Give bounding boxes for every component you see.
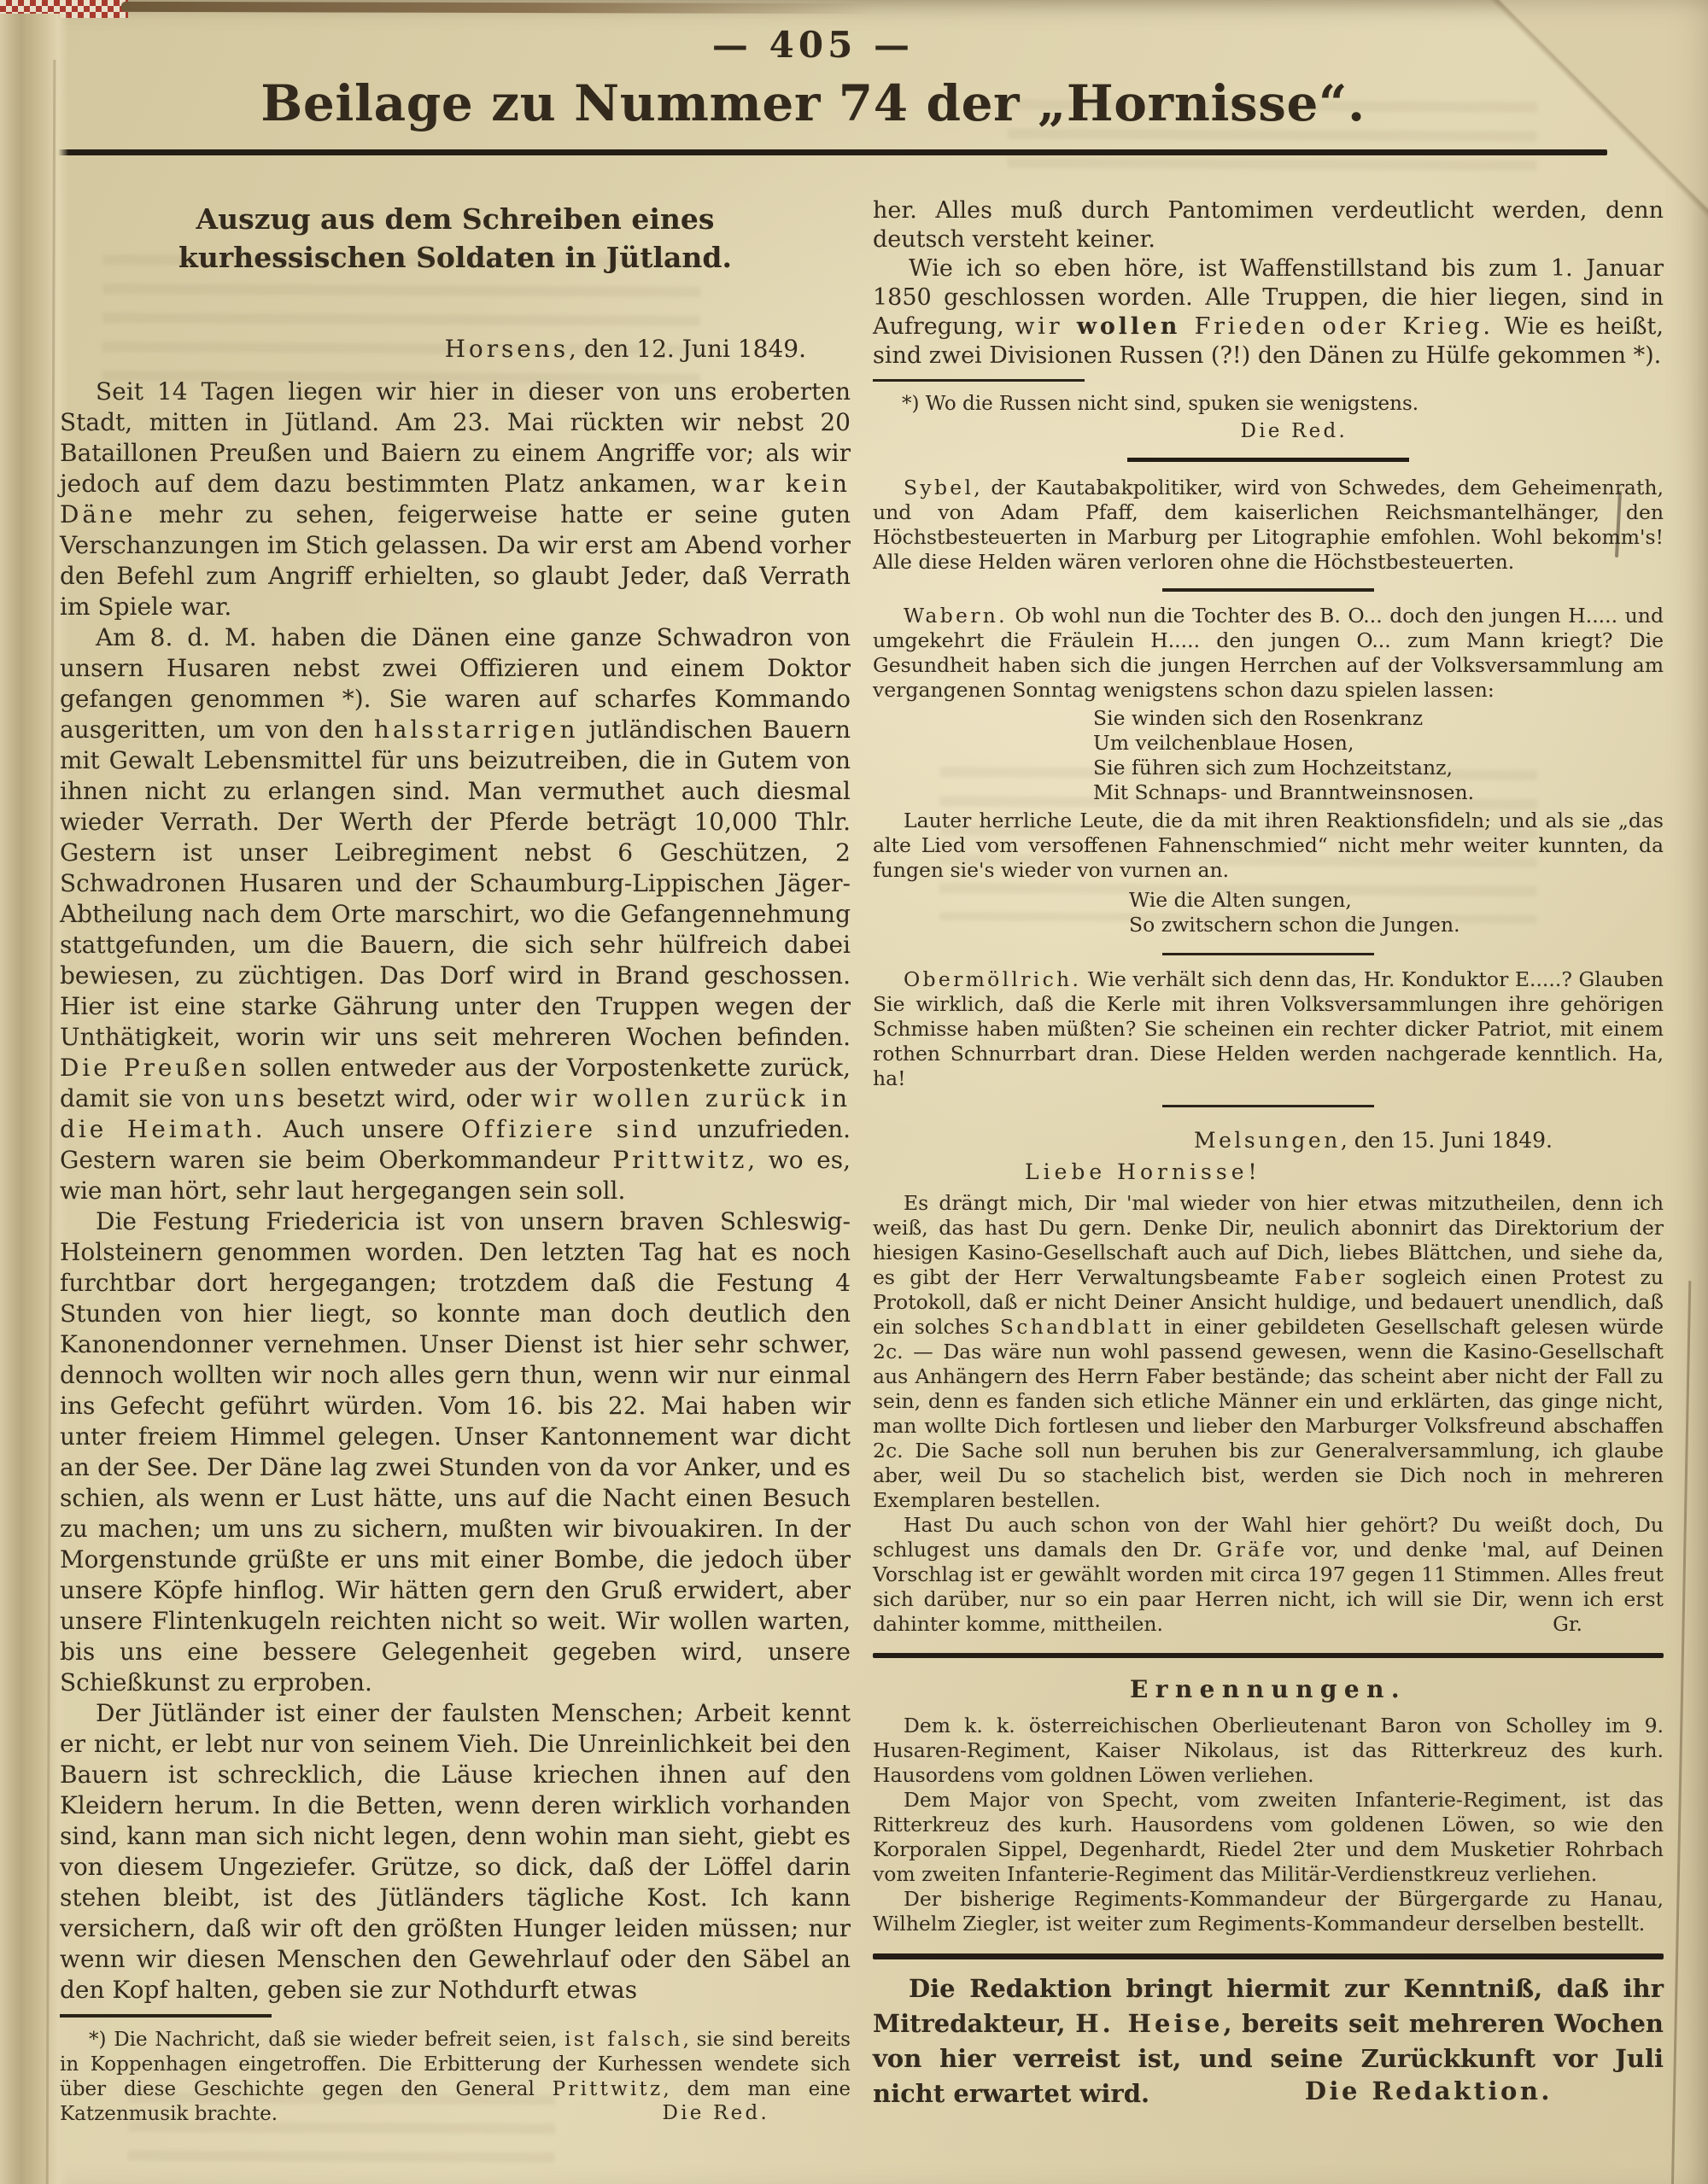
left-column: Auszug aus dem Schreiben eines kurhessis… bbox=[60, 196, 851, 2105]
redaction-notice-block: Die Redaktion bringt hiermit zur Kenntni… bbox=[873, 1936, 1664, 2105]
section-divider bbox=[1162, 1105, 1374, 1107]
newspaper-page: — 405 — Beilage zu Nummer 74 der „Hornis… bbox=[0, 0, 1708, 2184]
section-divider bbox=[1127, 458, 1409, 462]
continuation-paragraph: her. Alles muß durch Pantomimen verdeutl… bbox=[873, 196, 1664, 254]
dateline-horsens: Horsens, den 12. Juni 1849. bbox=[60, 335, 851, 363]
wabern-outro-paragraph: Lauter herrliche Leute, die da mit ihren… bbox=[873, 809, 1664, 883]
couplet-block: Wie die Alten sungen, So zwitschern scho… bbox=[1129, 888, 1664, 937]
letter-signature: Gr. bbox=[873, 1612, 1664, 1636]
ernennungen-paragraph: Dem Major von Specht, vom zweiten Infant… bbox=[873, 1788, 1664, 1887]
dateline-melsungen: Melsungen, den 15. Juni 1849. bbox=[873, 1128, 1664, 1153]
ernennungen-paragraph: Der bisherige Regiments-Kommandeur der B… bbox=[873, 1887, 1664, 1936]
letter-paragraph: Es drängt mich, Dir 'mal wieder von hier… bbox=[873, 1191, 1664, 1513]
section-divider bbox=[1162, 953, 1374, 955]
footnote-rule bbox=[60, 2014, 272, 2018]
footnote-rule bbox=[873, 379, 1085, 382]
page-top-edge bbox=[121, 2, 873, 14]
page-number: — 405 — bbox=[0, 24, 1667, 66]
section-rule bbox=[873, 1653, 1664, 1658]
verse-line: Sie winden sich den Rosenkranz bbox=[1093, 706, 1664, 731]
verse-line: Mit Schnaps- und Branntweinsnosen. bbox=[1093, 780, 1664, 805]
body-paragraph: Die Festung Friedericia ist von unsern b… bbox=[60, 1206, 851, 1698]
ernennungen-paragraph: Dem k. k. österreichischen Oberlieutenan… bbox=[873, 1714, 1664, 1788]
footnote-signature: Die Red. bbox=[873, 420, 1664, 442]
footnote-text: *) Wo die Russen nicht sind, spuken sie … bbox=[873, 392, 1664, 417]
section-rule bbox=[873, 1953, 1664, 1959]
obermoellrich-paragraph: Obermöllrich. Wie verhält sich denn das,… bbox=[873, 967, 1664, 1091]
right-column: her. Alles muß durch Pantomimen verdeutl… bbox=[873, 196, 1664, 2105]
body-paragraph: Wie ich so eben höre, ist Waffenstillsta… bbox=[873, 254, 1664, 371]
couplet-line: Wie die Alten sungen, bbox=[1129, 888, 1664, 913]
body-paragraph: Am 8. d. M. haben die Dänen eine ganze S… bbox=[60, 622, 851, 1206]
verse-line: Um veilchenblaue Hosen, bbox=[1093, 731, 1664, 756]
verse-line: Sie führen sich zum Hochzeitstanz, bbox=[1093, 756, 1664, 780]
letter-salutation: Liebe Hornisse! bbox=[1025, 1159, 1664, 1184]
two-column-layout: Auszug aus dem Schreiben eines kurhessis… bbox=[0, 178, 1708, 2184]
masthead-title: Beilage zu Nummer 74 der „Hornisse“. bbox=[0, 74, 1667, 132]
article-title: Auszug aus dem Schreiben eines kurhessis… bbox=[99, 200, 810, 277]
wabern-paragraph: Wabern. Ob wohl nun die Tochter des B. O… bbox=[873, 604, 1664, 703]
couplet-line: So zwitschern schon die Jungen. bbox=[1129, 913, 1664, 937]
body-paragraph: Der Jütländer ist einer der faulsten Men… bbox=[60, 1698, 851, 2006]
footnote-block: *) Die Nachricht, daß sie wieder befreit… bbox=[60, 2006, 851, 2124]
verse-block: Sie winden sich den Rosenkranz Um veilch… bbox=[1093, 706, 1664, 805]
sybel-paragraph: Sybel, der Kautabakpolitiker, wird von S… bbox=[873, 476, 1664, 575]
section-divider bbox=[1162, 588, 1374, 591]
ernennungen-heading: Ernennungen. bbox=[873, 1675, 1664, 1703]
body-paragraph: Seit 14 Tagen liegen wir hier in dieser … bbox=[60, 377, 851, 622]
